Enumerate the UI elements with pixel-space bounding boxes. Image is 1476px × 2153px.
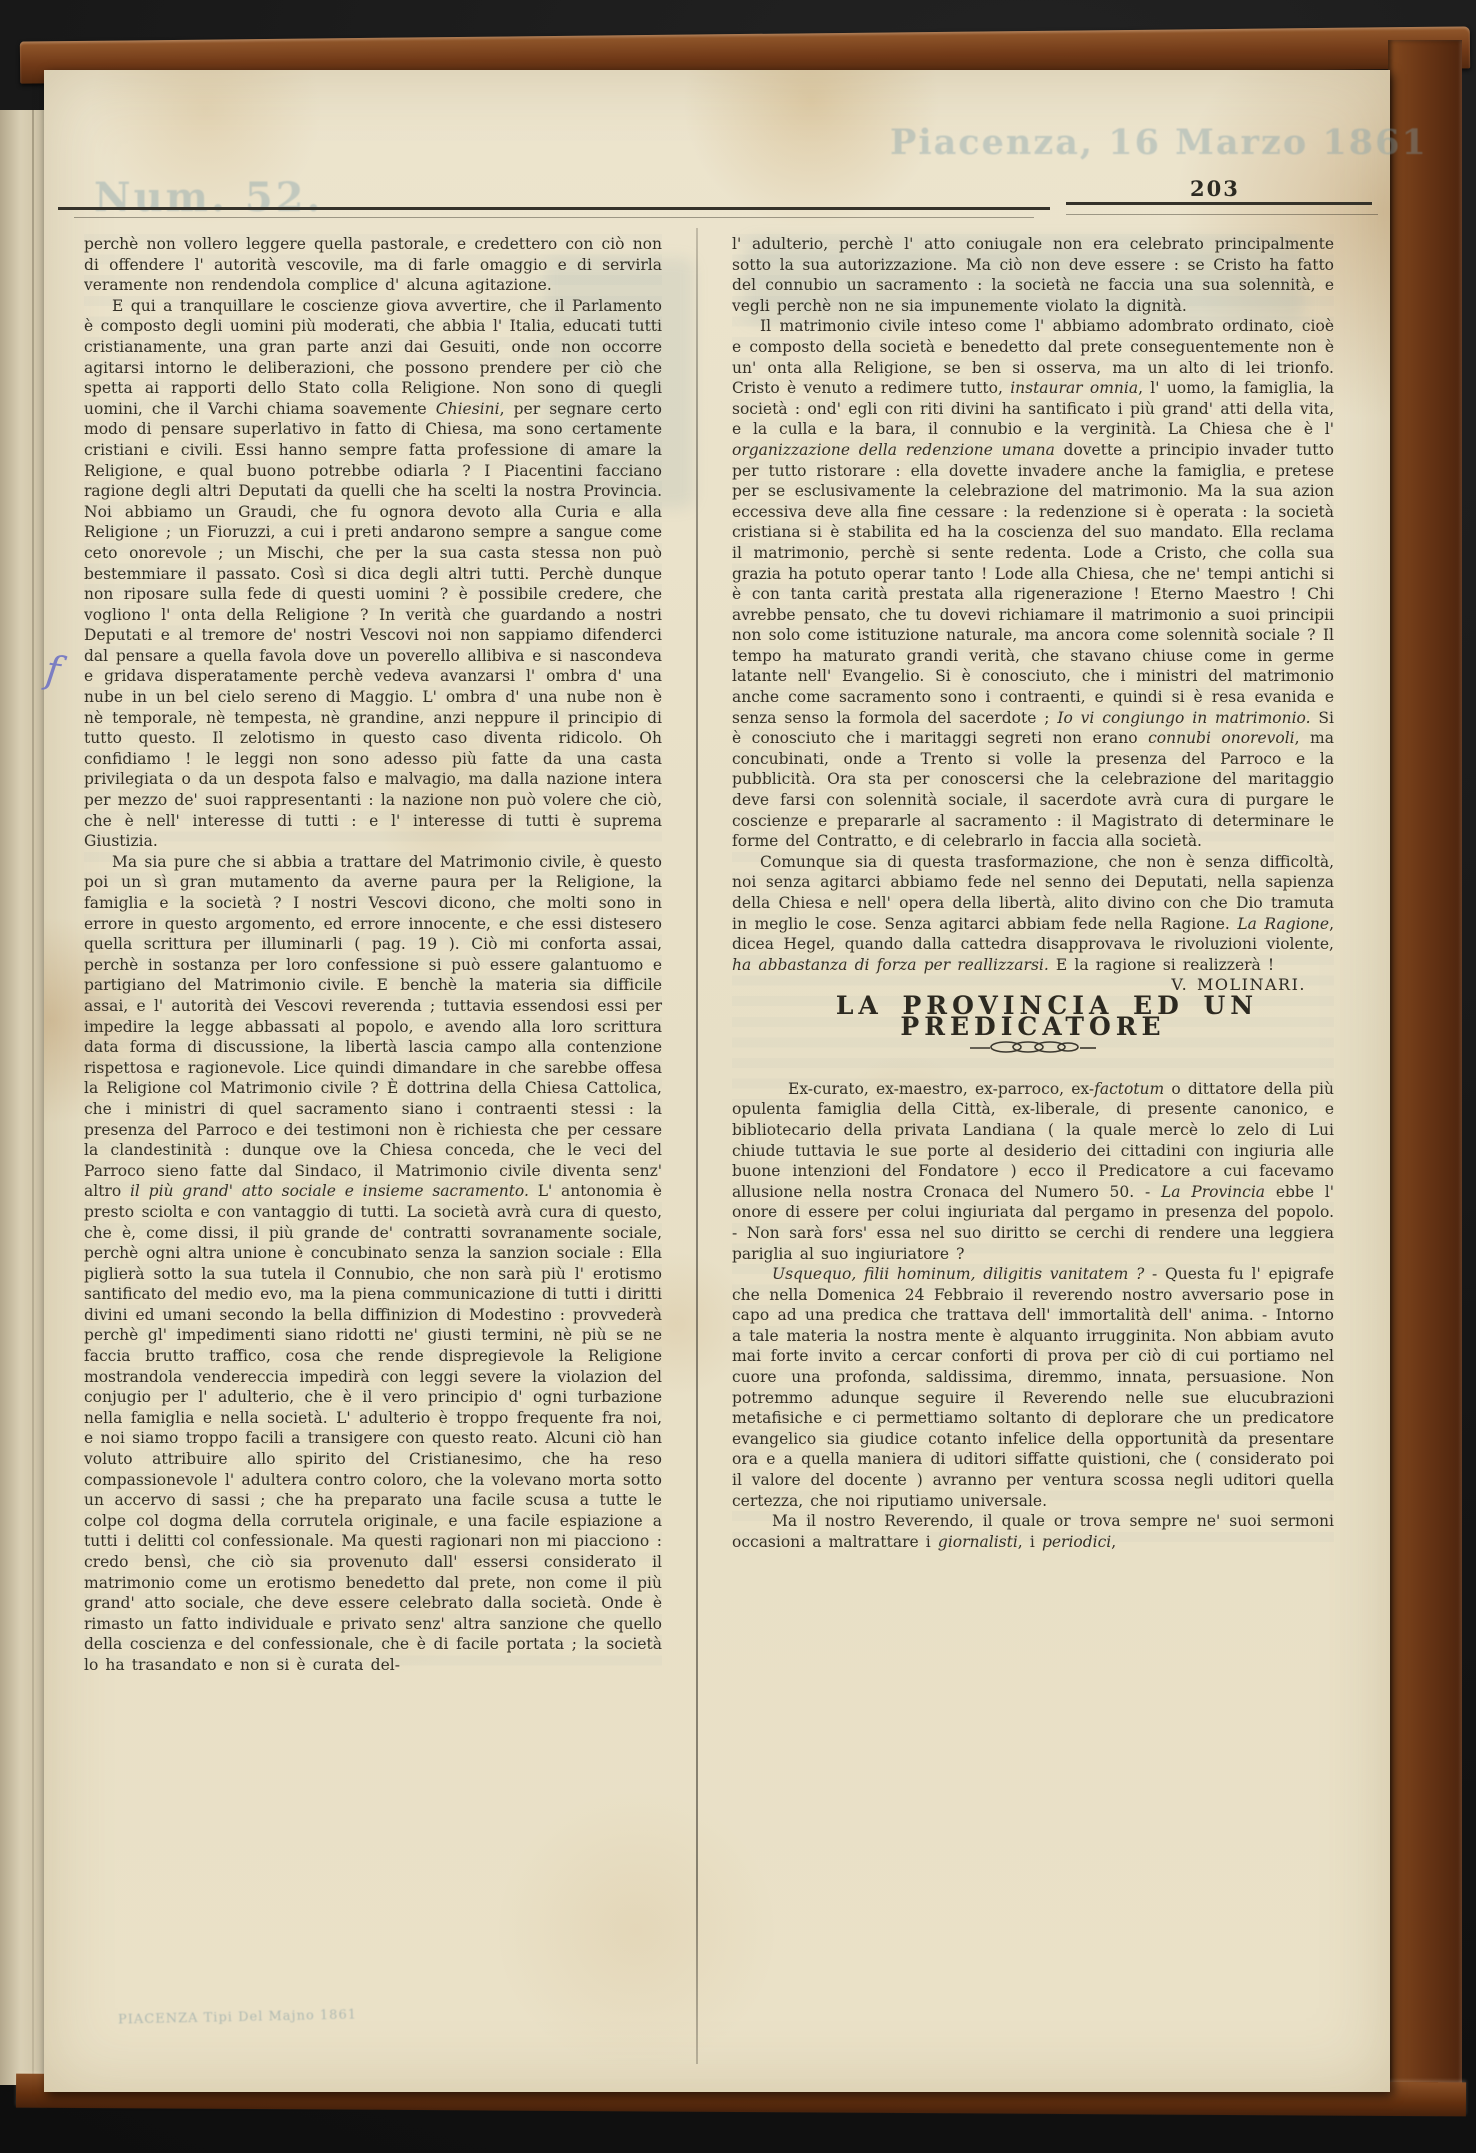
chain-ornament-icon	[732, 1039, 1334, 1061]
pen-mark-annotation: f	[43, 647, 62, 692]
newspaper-page: Num. 52. Piacenza, 16 Marzo 1861 PIACENZ…	[44, 70, 1390, 2092]
article-paragraph: Ex-curato, ex-maestro, ex-parroco, ex-fa…	[732, 1079, 1334, 1264]
second-article: LA PROVINCIA ED UN PREDICATORE Ex-cu	[732, 996, 1334, 1552]
ghost-issue-number: Num. 52.	[94, 174, 323, 221]
ghost-dateline: Piacenza, 16 Marzo 1861	[890, 122, 1428, 163]
article-paragraph: Ma il nostro Reverendo, il quale or trov…	[732, 1511, 1334, 1552]
article-paragraph: Comunque sia di questa trasformazione, c…	[732, 852, 1334, 976]
page-number: 203	[1190, 176, 1240, 201]
book-photo: Num. 52. Piacenza, 16 Marzo 1861 PIACENZ…	[0, 0, 1476, 2153]
ghost-imprint: PIACENZA Tipi Del Majno 1861	[118, 2007, 357, 2027]
article-paragraph: Ma sia pure che si abbia a trattare del …	[84, 852, 662, 1676]
article-paragraph: Usquequo, filii hominum, diligitis vanit…	[732, 1264, 1334, 1511]
article-paragraph: E qui a tranquillare le coscienze giova …	[84, 296, 662, 852]
right-column: l' adulterio, perchè l' atto coniugale n…	[732, 234, 1334, 1552]
leather-binding-right	[1388, 40, 1462, 2108]
article-paragraph: perchè non vollero leggere quella pastor…	[84, 234, 662, 296]
page-crease	[32, 110, 34, 2085]
header-rule-left	[58, 207, 1050, 210]
header-rule-underline	[74, 217, 1034, 218]
article-paragraph: Il matrimonio civile inteso come l' abbi…	[732, 316, 1334, 851]
header-rule-right	[1066, 202, 1372, 205]
article-title: LA PROVINCIA ED UN PREDICATORE	[732, 996, 1334, 1037]
left-column: perchè non vollero leggere quella pastor…	[84, 234, 662, 1676]
underlying-page-edge	[0, 110, 46, 2085]
header-rule-underline	[1066, 214, 1378, 215]
article-paragraph: l' adulterio, perchè l' atto coniugale n…	[732, 234, 1334, 316]
column-divider-rule	[696, 228, 698, 2064]
